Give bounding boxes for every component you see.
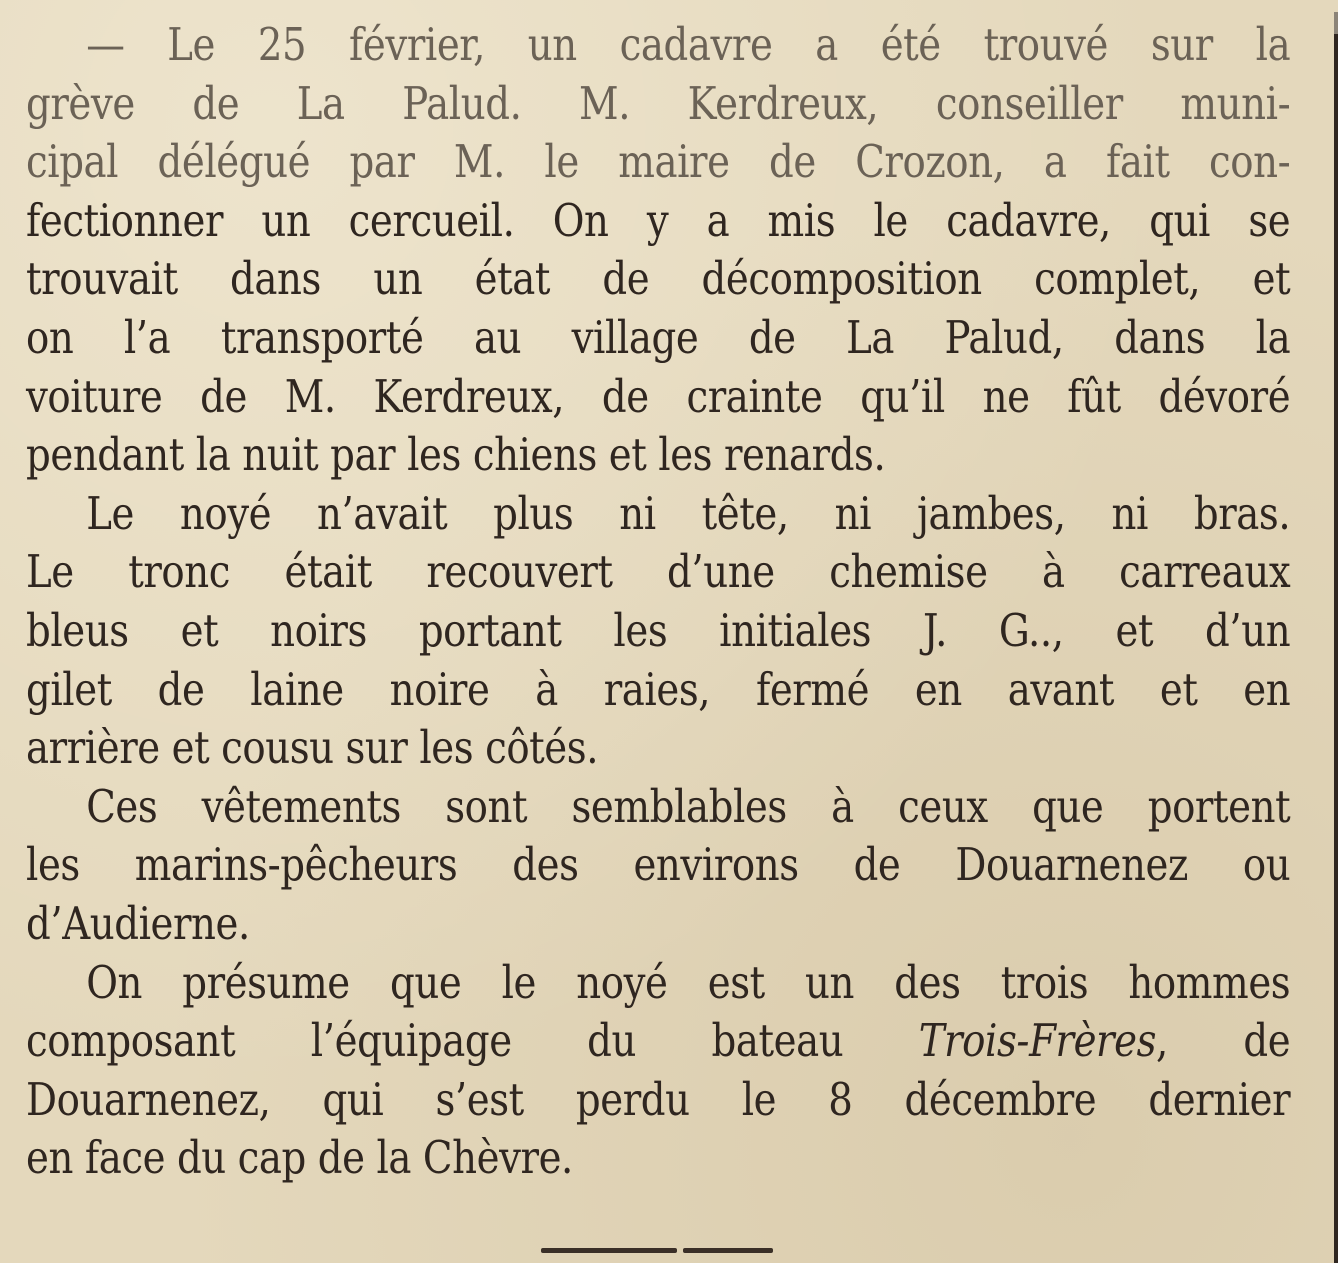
text-line: — Le 25 février, un cadavre a été trouvé… (26, 16, 1290, 75)
text-line: en face du cap de la Chèvre. (26, 1129, 1290, 1188)
text-line: composant l’équipage du bateau Trois-Frè… (26, 1012, 1290, 1071)
text-line: grève de La Palud. M. Kerdreux, conseill… (26, 75, 1290, 134)
text-line: Ces vêtements sont semblables à ceux que… (26, 778, 1290, 837)
boat-name: Trois-Frères (919, 1014, 1156, 1067)
text-line: trouvait dans un état de décomposition c… (26, 250, 1290, 309)
paragraph-1: — Le 25 février, un cadavre a été trouvé… (26, 16, 1290, 485)
text-line: on l’a transporté au village de La Palud… (26, 309, 1290, 368)
text-segment: , de (1156, 1014, 1290, 1067)
text-line: d’Audierne. (26, 895, 1290, 954)
article-end-separator (541, 1248, 773, 1253)
text-line: Le tronc était recouvert d’une chemise à… (26, 543, 1290, 602)
text-line: bleus et noirs portant les initiales J. … (26, 602, 1290, 661)
column-divider-rule (1334, 12, 1338, 1263)
paragraph-3: Ces vêtements sont semblables à ceux que… (26, 778, 1290, 954)
text-line: Le noyé n’avait plus ni tête, ni jambes,… (26, 485, 1290, 544)
separator-segment (541, 1248, 677, 1253)
text-line: les marins-pêcheurs des environs de Doua… (26, 836, 1290, 895)
paragraph-2: Le noyé n’avait plus ni tête, ni jambes,… (26, 485, 1290, 778)
article-column: — Le 25 février, un cadavre a été trouvé… (26, 16, 1290, 1188)
text-segment: composant l’équipage du bateau (26, 1014, 843, 1067)
text-line: cipal délégué par M. le maire de Crozon,… (26, 133, 1290, 192)
text-line: fectionner un cercueil. On y a mis le ca… (26, 192, 1290, 251)
text-line: gilet de laine noire à raies, fermé en a… (26, 661, 1290, 720)
text-line: arrière et cousu sur les côtés. (26, 719, 1290, 778)
text-line: pendant la nuit par les chiens et les re… (26, 426, 1290, 485)
paragraph-4: On présume que le noyé est un des trois … (26, 954, 1290, 1188)
column-divider-rule-faded-top (1334, 12, 1338, 34)
text-line: Douarnenez, qui s’est perdu le 8 décembr… (26, 1071, 1290, 1130)
separator-segment (683, 1248, 773, 1253)
text-line: voiture de M. Kerdreux, de crainte qu’il… (26, 368, 1290, 427)
text-line: On présume que le noyé est un des trois … (26, 954, 1290, 1013)
